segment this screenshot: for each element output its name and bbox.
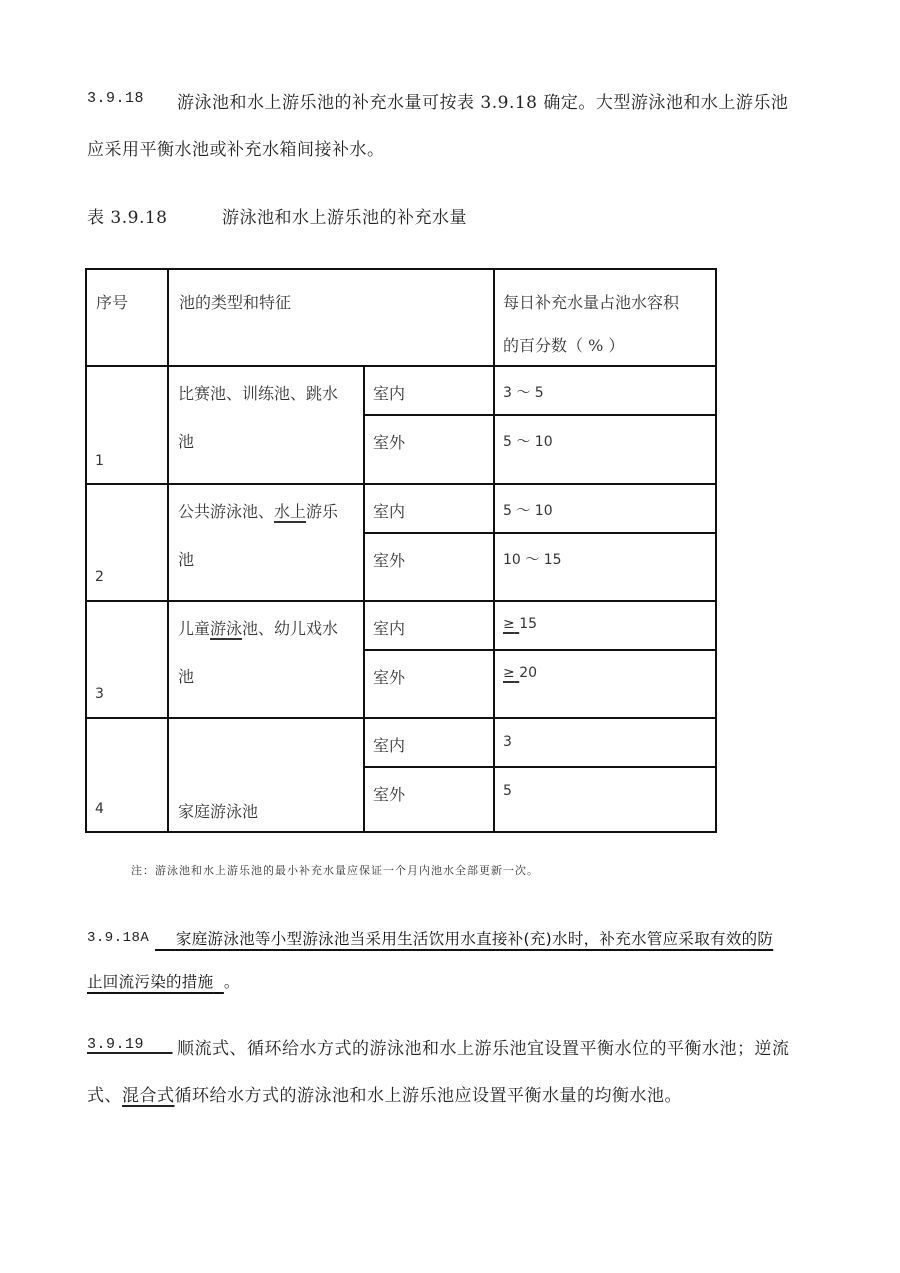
type-cell: 儿童游泳池、幼儿戏水 池 — [167, 600, 365, 719]
type-cell: 公共游泳池、水上游乐 池 — [167, 483, 365, 602]
indoor-value: ≥ 15 — [493, 600, 717, 651]
clause-text-line2: 应采用平衡水池或补充水箱间接补水。 — [87, 135, 385, 160]
seq-cell: 2 — [85, 483, 169, 602]
header-type: 池的类型和特征 — [167, 268, 495, 367]
outdoor-label: 室外 — [363, 532, 495, 602]
indoor-label: 室内 — [363, 483, 495, 534]
seq-cell: 3 — [85, 600, 169, 719]
clause-number: 3.9.19 — [87, 1036, 173, 1053]
indoor-label: 室内 — [363, 600, 495, 651]
clause-text-line1: 顺流式、循环给水方式的游泳池和水上游乐池宜设置平衡水位的平衡水池；逆流 — [177, 1034, 790, 1059]
outdoor-value: 5 ～ 10 — [493, 414, 717, 485]
indoor-label: 室内 — [363, 717, 495, 768]
supplement-water-table: 序号 池的类型和特征 每日补充水量占池水容积 的百分数（ % ） 1 比赛池、训… — [85, 268, 717, 833]
gte-symbol: ≥ — [503, 665, 515, 681]
gte-symbol: ≥ — [503, 616, 515, 632]
table-caption-label: 表 3.9.18 — [87, 203, 167, 228]
type-cell: 比赛池、训练池、跳水 池 — [167, 365, 365, 485]
clause-text-line1: 家庭游泳池等小型游泳池当采用生活饮用水直接补(充)水时，补充水管应采取有效的防 — [176, 930, 773, 948]
header-percent: 每日补充水量占池水容积 的百分数（ % ） — [493, 268, 717, 367]
indoor-label: 室内 — [363, 365, 495, 416]
table-note: 注：游泳池和水上游乐池的最小补充水量应保证一个月内池水全部更新一次。 — [131, 862, 539, 878]
seq-cell: 4 — [85, 717, 169, 833]
clause-number: 3.9.18A — [87, 930, 149, 946]
outdoor-value: ≥ 20 — [493, 649, 717, 719]
outdoor-label: 室外 — [363, 766, 495, 833]
indoor-value: 3 — [493, 717, 717, 768]
outdoor-label: 室外 — [363, 649, 495, 719]
indoor-value: 5 ～ 10 — [493, 483, 717, 534]
clause-text-line2: 止回流污染的措施 — [87, 973, 213, 991]
clause-text-line1: 游泳池和水上游乐池的补充水量可按表 3.9.18 确定。大型游泳池和水上游乐池 — [177, 88, 788, 113]
clause-text-line2: 式、混合式循环给水方式的游泳池和水上游乐池应设置平衡水量的均衡水池。 — [87, 1081, 682, 1106]
header-seq: 序号 — [85, 268, 169, 367]
type-cell: 家庭游泳池 — [167, 717, 365, 833]
seq-cell: 1 — [85, 365, 169, 485]
outdoor-label: 室外 — [363, 414, 495, 485]
table-caption-title: 游泳池和水上游乐池的补充水量 — [222, 203, 467, 228]
outdoor-value: 5 — [493, 766, 717, 833]
outdoor-value: 10 ～ 15 — [493, 532, 717, 602]
clause-number: 3.9.18 — [87, 90, 144, 107]
indoor-value: 3 ～ 5 — [493, 365, 717, 416]
